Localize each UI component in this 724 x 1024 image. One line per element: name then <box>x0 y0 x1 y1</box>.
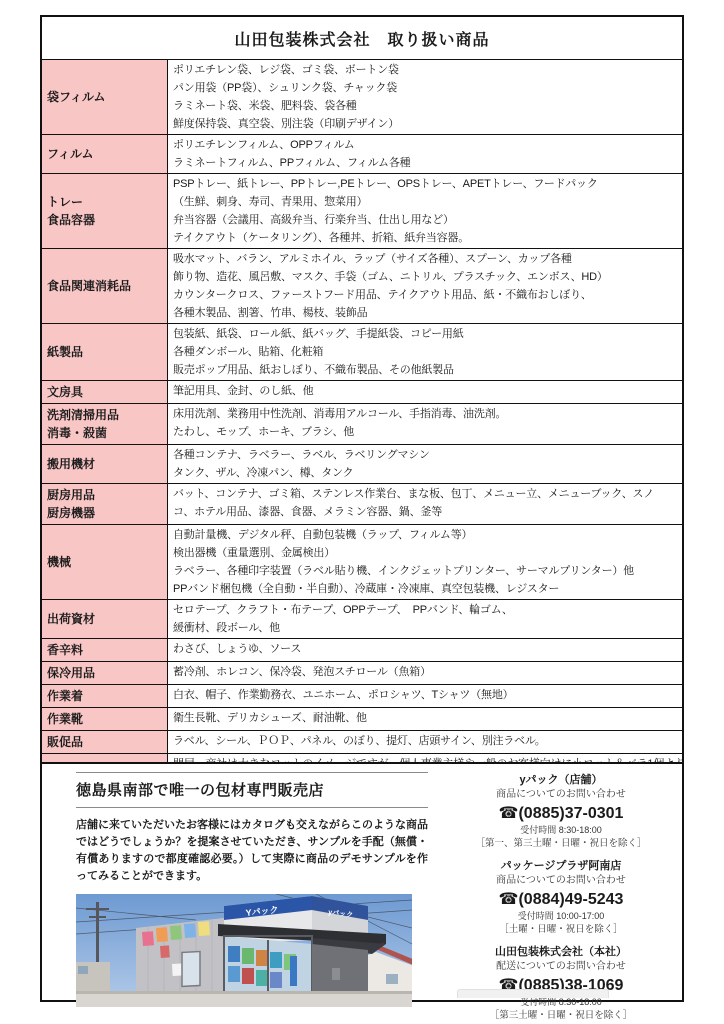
shop-info-section: 徳島県南部で唯一の包材専門販売店 店舗に来ていただいたお客様にはカタログも交えな… <box>40 762 684 1002</box>
category-items: 筆記用具、金封、のし紙、他 <box>168 381 682 403</box>
partial-element-bar <box>457 989 609 998</box>
category-label: 機械 <box>42 525 168 599</box>
contact-hours: 受付時間 10:00-17:00 <box>442 910 680 923</box>
table-row: 紙製品 包装紙、紙袋、ロール紙、紙バッグ、手提紙袋、コピー用紙各種ダンボール、貼… <box>42 323 682 380</box>
contact-closed-days: ［第一、第三土曜・日曜・祝日を除く］ <box>442 837 680 850</box>
contact-block: yパック（店舗） 商品についてのお問い合わせ ☎(0885)37-0301 受付… <box>442 773 680 850</box>
category-label: 洗剤清掃用品 消毒・殺菌 <box>42 404 168 444</box>
category-label: 出荷資材 <box>42 600 168 638</box>
category-label: 食品関連消耗品 <box>42 249 168 323</box>
table-row: 保冷用品 蓄冷剤、ホレコン、保冷袋、発泡スチロール（魚箱） <box>42 661 682 684</box>
category-items: 白衣、帽子、作業勤務衣、ユニホーム、ポロシャツ、Tシャツ（無地） <box>168 685 682 707</box>
category-label: 厨房用品 厨房機器 <box>42 484 168 524</box>
table-row: 販促品 ラベル、シール、ＰＯＰ、パネル、のぼり、提灯、店頭サイン、別注ラベル。 <box>42 730 682 753</box>
product-table: 山田包装株式会社 取り扱い商品 袋フィルム ポリエチレン袋、レジ袋、ゴミ袋、ボー… <box>40 15 684 812</box>
category-items: 包装紙、紙袋、ロール紙、紙バッグ、手提紙袋、コピー用紙各種ダンボール、貼箱、化粧… <box>168 324 682 380</box>
category-label: 文房具 <box>42 381 168 403</box>
category-items: 蓄冷剤、ホレコン、保冷袋、発泡スチロール（魚箱） <box>168 662 682 684</box>
contact-description: 配送についてのお問い合わせ <box>442 960 680 974</box>
contact-description: 商品についてのお問い合わせ <box>442 874 680 888</box>
category-items: PSPトレー、紙トレー、PPトレー,PEトレー、OPSトレー、APETトレー、フ… <box>168 174 682 248</box>
table-row: 洗剤清掃用品 消毒・殺菌 床用洗剤、業務用中性洗剤、消毒用アルコール、手指消毒、… <box>42 403 682 444</box>
category-items: セロテープ、クラフト・布テープ、OPPテープ、 PPバンド、輪ゴム、緩衝材、段ボ… <box>168 600 682 638</box>
category-label: フィルム <box>42 135 168 173</box>
category-label: 香辛料 <box>42 639 168 661</box>
table-row: 搬用機材 各種コンテナ、ラベラー、ラベル、ラベリングマシンタンク、ザル、冷凍パン… <box>42 444 682 483</box>
category-items: 各種コンテナ、ラベラー、ラベル、ラベリングマシンタンク、ザル、冷凍パン、樽、タン… <box>168 445 682 483</box>
table-body: 袋フィルム ポリエチレン袋、レジ袋、ゴミ袋、ボートン袋パン用袋（PP袋）、シュリ… <box>42 59 682 810</box>
category-label: 作業着 <box>42 685 168 707</box>
table-row: 香辛料 わさび、しょうゆ、ソース <box>42 638 682 661</box>
category-items: 床用洗剤、業務用中性洗剤、消毒用アルコール、手指消毒、油洗剤。たわし、モップ、ホ… <box>168 404 682 444</box>
contact-name: yパック（店舗） <box>442 773 680 788</box>
contact-closed-days: ［土曜・日曜・祝日を除く］ <box>442 923 680 936</box>
category-items: 自動計量機、デジタル秤、自動包装機（ラップ、フィルム等）検出器機（重量選別、金属… <box>168 525 682 599</box>
table-row: 厨房用品 厨房機器 バット、コンテナ、ゴミ箱、ステンレス作業台、まな板、包丁、メ… <box>42 483 682 524</box>
table-row: 作業着 白衣、帽子、作業勤務衣、ユニホーム、ポロシャツ、Tシャツ（無地） <box>42 684 682 707</box>
table-row: 文房具 筆記用具、金封、のし紙、他 <box>42 380 682 403</box>
entrance-door <box>182 952 200 987</box>
contact-phone: ☎(0884)49-5243 <box>442 889 680 910</box>
divider <box>76 807 428 808</box>
category-items: ポリエチレンフィルム、OPPフィルムラミネートフィルム、PPフィルム、フィルム各… <box>168 135 682 173</box>
category-items: わさび、しょうゆ、ソース <box>168 639 682 661</box>
category-label: 保冷用品 <box>42 662 168 684</box>
contact-column: yパック（店舗） 商品についてのお問い合わせ ☎(0885)37-0301 受付… <box>442 764 680 1022</box>
contact-block: パッケージプラザ阿南店 商品についてのお問い合わせ ☎(0884)49-5243… <box>442 859 680 936</box>
shop-paragraph: 店舗に来ていただいたお客様にはカタログも交えながらこのような商品ではどうでしょう… <box>76 817 428 885</box>
page-title: 山田包装株式会社 取り扱い商品 <box>42 17 682 59</box>
table-row: 作業靴 衛生長靴、デリカシューズ、耐油靴、他 <box>42 707 682 730</box>
category-label: トレー 食品容器 <box>42 174 168 248</box>
category-items: ポリエチレン袋、レジ袋、ゴミ袋、ボートン袋パン用袋（PP袋）、シュリンク袋、チャ… <box>168 60 682 134</box>
category-items: 吸水マット、バラン、アルミホイル、ラップ（サイズ各種）、スプーン、カップ各種飾り… <box>168 249 682 323</box>
category-label: 搬用機材 <box>42 445 168 483</box>
category-items: ラベル、シール、ＰＯＰ、パネル、のぼり、提灯、店頭サイン、別注ラベル。 <box>168 731 682 753</box>
contact-block: 山田包装株式会社（本社） 配送についてのお問い合わせ ☎(0885)38-106… <box>442 945 680 1022</box>
category-label: 袋フィルム <box>42 60 168 134</box>
storefront-photo: Yパック yパック <box>76 894 412 1007</box>
contact-name: 山田包装株式会社（本社） <box>442 945 680 960</box>
category-items: 衛生長靴、デリカシューズ、耐油靴、他 <box>168 708 682 730</box>
table-row: 袋フィルム ポリエチレン袋、レジ袋、ゴミ袋、ボートン袋パン用袋（PP袋）、シュリ… <box>42 59 682 134</box>
divider <box>76 772 428 773</box>
table-row: トレー 食品容器 PSPトレー、紙トレー、PPトレー,PEトレー、OPSトレー、… <box>42 173 682 248</box>
shop-description-column: 徳島県南部で唯一の包材専門販売店 店舗に来ていただいたお客様にはカタログも交えな… <box>76 770 428 1007</box>
contact-phone: ☎(0885)37-0301 <box>442 803 680 824</box>
category-label: 販促品 <box>42 731 168 753</box>
table-row: 食品関連消耗品 吸水マット、バラン、アルミホイル、ラップ（サイズ各種）、スプーン… <box>42 248 682 323</box>
category-label: 作業靴 <box>42 708 168 730</box>
contact-hours: 受付時間 8:30-18:00 <box>442 824 680 837</box>
table-row: 機械 自動計量機、デジタル秤、自動包装機（ラップ、フィルム等）検出器機（重量選別… <box>42 524 682 599</box>
category-items: バット、コンテナ、ゴミ箱、ステンレス作業台、まな板、包丁、メニュー立、メニューブ… <box>168 484 682 524</box>
shop-heading: 徳島県南部で唯一の包材専門販売店 <box>76 779 428 800</box>
table-row: 出荷資材 セロテープ、クラフト・布テープ、OPPテープ、 PPバンド、輪ゴム、緩… <box>42 599 682 638</box>
contact-closed-days: ［第三土曜・日曜・祝日を除く］ <box>442 1009 680 1022</box>
contact-description: 商品についてのお問い合わせ <box>442 788 680 802</box>
category-label: 紙製品 <box>42 324 168 380</box>
contact-name: パッケージプラザ阿南店 <box>442 859 680 874</box>
table-row: フィルム ポリエチレンフィルム、OPPフィルムラミネートフィルム、PPフィルム、… <box>42 134 682 173</box>
